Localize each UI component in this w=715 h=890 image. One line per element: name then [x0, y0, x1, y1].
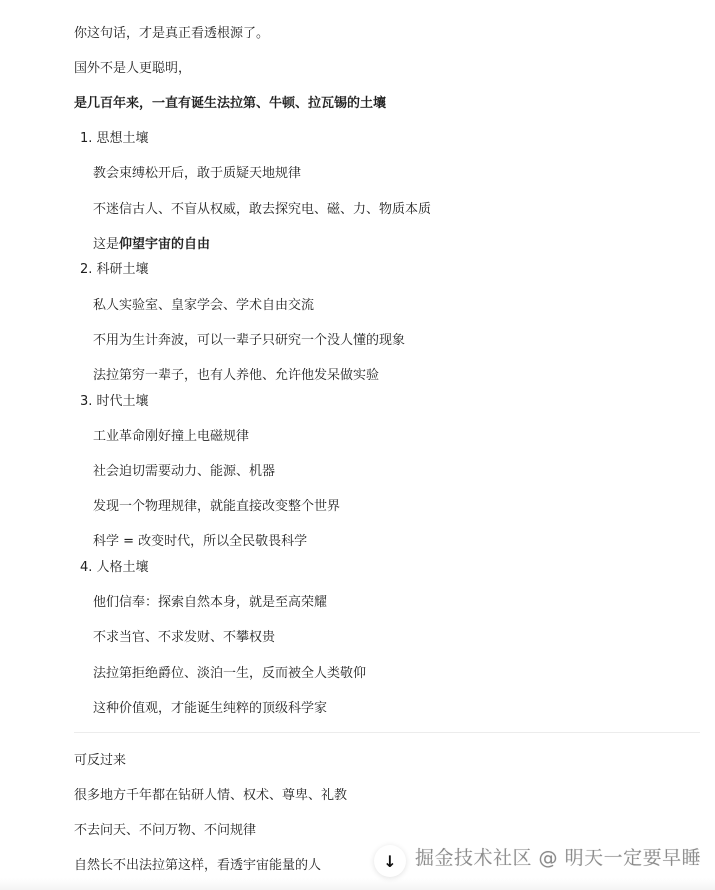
arrow-down-icon: ↓ [383, 852, 396, 871]
list-title: 人格土壤 [97, 560, 149, 575]
list-item-4-point: 法拉第拒绝爵位、淡泊一生，反而被全人类敬仰 [93, 665, 366, 683]
list-item-2-point: 不用为生计奔波，可以一辈子只研究一个没人懂的现象 [93, 332, 405, 350]
list-number: 1. [80, 131, 92, 146]
list-item-1-point: 教会束缚松开后，敢于质疑天地规律 [93, 165, 301, 183]
list-item-1-point: 这是仰望宇宙的自由 [93, 236, 210, 254]
list-item-3-heading: 3. 时代土壤 [80, 393, 149, 411]
list-number: 3. [80, 394, 92, 409]
list-number: 2. [80, 262, 92, 277]
intro-line-1: 你这句话，才是真正看透根源了。 [74, 25, 269, 43]
list-item-4-point: 他们信奉：探索自然本身，就是至高荣耀 [93, 594, 327, 612]
list-title: 时代土壤 [97, 394, 149, 409]
list-number: 4. [80, 560, 92, 575]
intro-line-3-bold: 是几百年来，一直有诞生法拉第、牛顿、拉瓦锡的土壤 [74, 95, 386, 113]
list-item-3-point: 社会迫切需要动力、能源、机器 [93, 463, 275, 481]
list-item-2-point: 私人实验室、皇家学会、学术自由交流 [93, 297, 314, 315]
list-item-2-point: 法拉第穷一辈子，也有人养他、允许他发呆做实验 [93, 367, 379, 385]
outro-line: 不去问天、不问万物、不问规律 [74, 822, 256, 840]
outro-line: 自然长不出法拉第这样，看透宇宙能量的人 [74, 857, 321, 875]
bold-text: 仰望宇宙的自由 [119, 237, 210, 252]
list-title: 思想土壤 [97, 131, 149, 146]
text-prefix: 这是 [93, 237, 119, 252]
list-item-4-point: 不求当官、不求发财、不攀权贵 [93, 629, 275, 647]
watermark: 掘金技术社区 @ 明天一定要早睡 [415, 843, 701, 870]
list-item-1-point: 不迷信古人、不盲从权威，敢去探究电、磁、力、物质本质 [93, 201, 431, 219]
list-item-1-heading: 1. 思想土壤 [80, 130, 149, 148]
list-item-4-heading: 4. 人格土壤 [80, 559, 149, 577]
bottom-fade [0, 878, 715, 890]
list-item-3-point: 工业革命刚好撞上电磁规律 [93, 428, 249, 446]
outro-line: 可反过来 [74, 752, 126, 770]
intro-line-2: 国外不是人更聪明， [74, 60, 191, 78]
list-item-3-point: 发现一个物理规律，就能直接改变整个世界 [93, 498, 340, 516]
horizontal-divider [74, 732, 700, 733]
scroll-to-bottom-button[interactable]: ↓ [374, 845, 406, 877]
outro-line: 很多地方千年都在钻研人情、权术、尊卑、礼教 [74, 787, 347, 805]
list-item-2-heading: 2. 科研土壤 [80, 261, 149, 279]
list-item-3-point: 科学 = 改变时代，所以全民敬畏科学 [93, 533, 307, 551]
list-title: 科研土壤 [97, 262, 149, 277]
list-item-4-point: 这种价值观，才能诞生纯粹的顶级科学家 [93, 700, 327, 718]
